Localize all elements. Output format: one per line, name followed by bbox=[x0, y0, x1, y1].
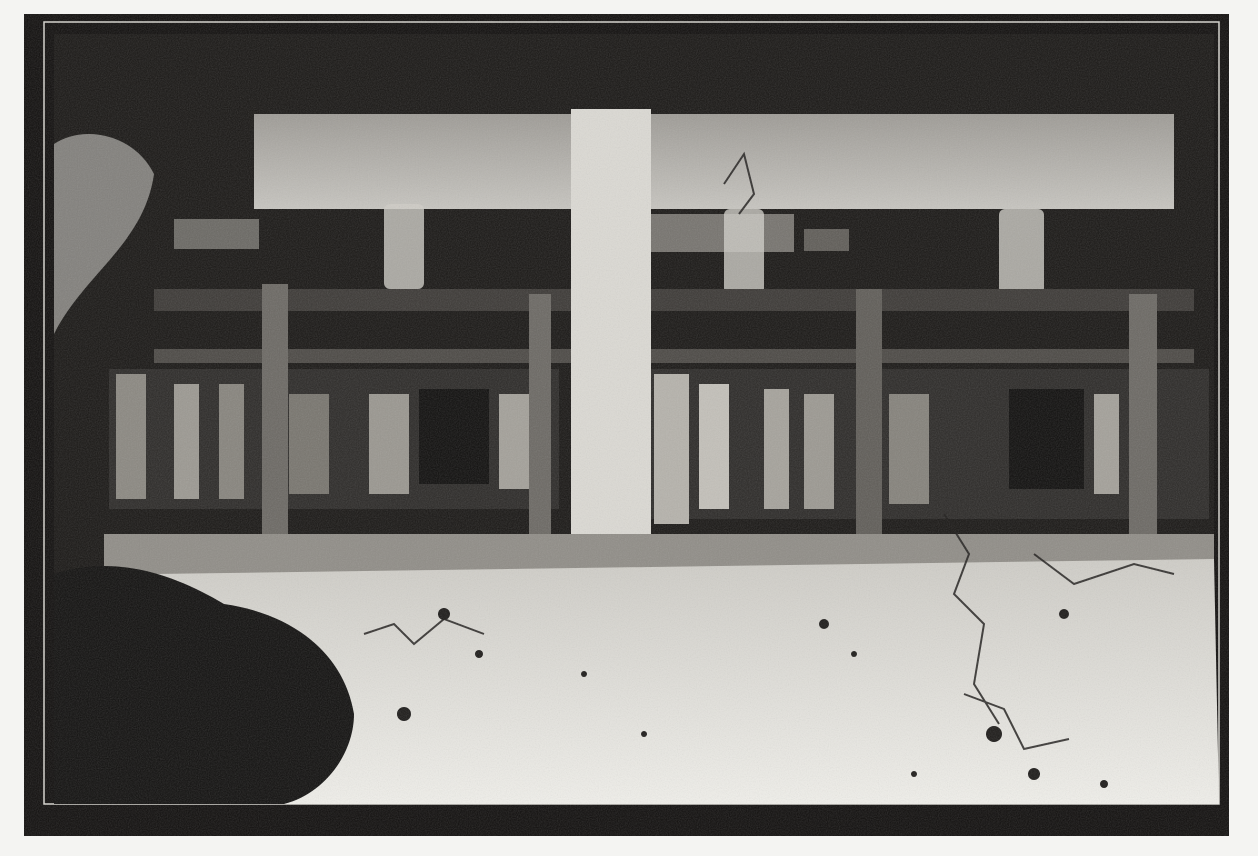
photo-scene bbox=[24, 14, 1229, 836]
photograph bbox=[24, 14, 1229, 836]
